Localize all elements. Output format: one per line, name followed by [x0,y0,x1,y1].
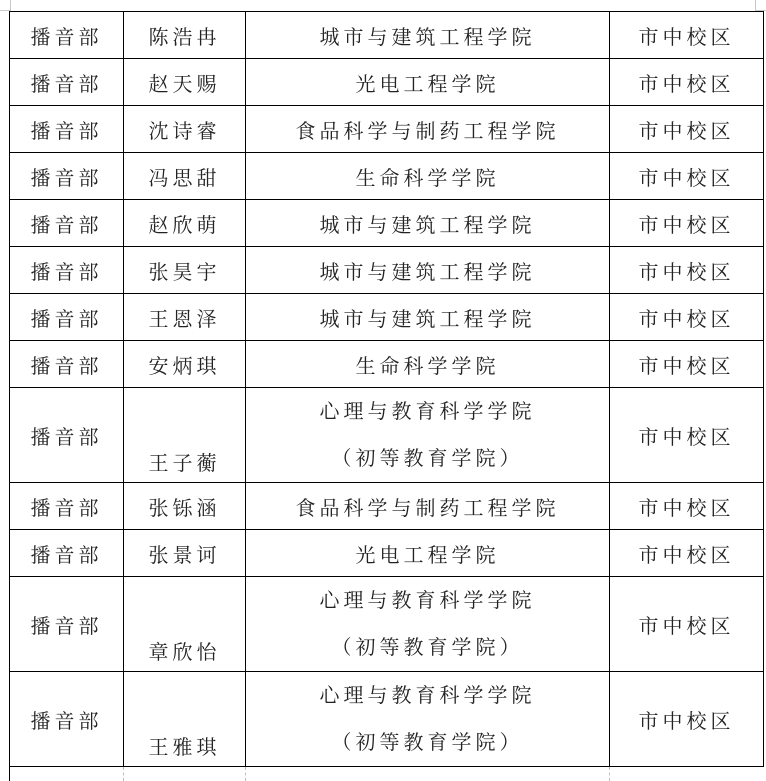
table-row: 播音部 王恩泽 城市与建筑工程学院 市中校区 [10,294,764,341]
name-text: 章欣怡 [124,636,245,671]
name-cell: 王恩泽 [124,294,246,341]
table-row: 播音部 赵欣萌 城市与建筑工程学院 市中校区 [10,200,764,247]
empty-cell [610,767,764,781]
college-line-2: （初等教育学院） [246,719,609,766]
campus-cell: 市中校区 [610,59,764,106]
name-text: 王子蘅 [124,447,245,482]
college-cell: 生命科学学院 [246,153,610,200]
department-cell: 播音部 [10,294,124,341]
name-cell: 张铄涵 [124,483,246,530]
name-text: 王雅琪 [124,731,245,766]
department-cell: 播音部 [10,672,124,767]
college-cell: 城市与建筑工程学院 [246,294,610,341]
table-row: 播音部 沈诗睿 食品科学与制药工程学院 市中校区 [10,106,764,153]
college-line-2: （初等教育学院） [246,624,609,671]
college-cell: 心理与教育科学学院 （初等教育学院） [246,577,610,672]
table-row: 播音部 张铄涵 食品科学与制药工程学院 市中校区 [10,483,764,530]
department-cell: 播音部 [10,341,124,388]
name-cell: 陈浩冉 [124,12,246,59]
name-cell: 赵欣萌 [124,200,246,247]
college-cell: 心理与教育科学学院 （初等教育学院） [246,388,610,483]
name-cell: 安炳琪 [124,341,246,388]
college-cell: 城市与建筑工程学院 [246,200,610,247]
table-row: 播音部 张景诃 光电工程学院 市中校区 [10,530,764,577]
campus-cell: 市中校区 [610,483,764,530]
campus-cell: 市中校区 [610,577,764,672]
department-cell: 播音部 [10,530,124,577]
department-cell: 播音部 [10,59,124,106]
table-row: 播音部 王雅琪 心理与教育科学学院 （初等教育学院） 市中校区 [10,672,764,767]
name-cell: 王子蘅 [124,388,246,483]
campus-cell: 市中校区 [610,200,764,247]
department-cell: 播音部 [10,12,124,59]
college-cell: 食品科学与制药工程学院 [246,483,610,530]
table-row: 播音部 王子蘅 心理与教育科学学院 （初等教育学院） 市中校区 [10,388,764,483]
campus-cell: 市中校区 [610,153,764,200]
name-cell: 沈诗睿 [124,106,246,153]
department-cell: 播音部 [10,200,124,247]
campus-cell: 市中校区 [610,247,764,294]
college-cell: 光电工程学院 [246,59,610,106]
name-cell: 赵天赐 [124,59,246,106]
college-cell: 城市与建筑工程学院 [246,12,610,59]
department-cell: 播音部 [10,106,124,153]
table-row-continuation [10,767,764,781]
college-line-2: （初等教育学院） [246,435,609,482]
member-roster-table: 播音部 陈浩冉 城市与建筑工程学院 市中校区 播音部 赵天赐 光电工程学院 市中… [9,11,764,781]
table-row: 播音部 章欣怡 心理与教育科学学院 （初等教育学院） 市中校区 [10,577,764,672]
college-cell: 食品科学与制药工程学院 [246,106,610,153]
name-cell: 章欣怡 [124,577,246,672]
campus-cell: 市中校区 [610,530,764,577]
department-cell: 播音部 [10,153,124,200]
department-cell: 播音部 [10,483,124,530]
table-row: 播音部 陈浩冉 城市与建筑工程学院 市中校区 [10,12,764,59]
empty-cell [10,767,124,781]
name-cell: 冯思甜 [124,153,246,200]
name-cell: 张昊宇 [124,247,246,294]
campus-cell: 市中校区 [610,341,764,388]
department-cell: 播音部 [10,388,124,483]
campus-cell: 市中校区 [610,106,764,153]
college-cell: 城市与建筑工程学院 [246,247,610,294]
campus-cell: 市中校区 [610,294,764,341]
empty-cell [246,767,610,781]
college-line-1: 心理与教育科学学院 [246,577,609,624]
college-line-1: 心理与教育科学学院 [246,672,609,719]
department-cell: 播音部 [10,247,124,294]
page-corner-mark-top-right [755,0,766,11]
college-cell: 生命科学学院 [246,341,610,388]
campus-cell: 市中校区 [610,672,764,767]
college-cell: 光电工程学院 [246,530,610,577]
table-row: 播音部 赵天赐 光电工程学院 市中校区 [10,59,764,106]
table-row: 播音部 冯思甜 生命科学学院 市中校区 [10,153,764,200]
name-cell: 王雅琪 [124,672,246,767]
campus-cell: 市中校区 [610,12,764,59]
college-cell: 心理与教育科学学院 （初等教育学院） [246,672,610,767]
page-corner-mark-top-left [0,0,11,11]
college-line-1: 心理与教育科学学院 [246,388,609,435]
empty-cell [124,767,246,781]
table-row: 播音部 张昊宇 城市与建筑工程学院 市中校区 [10,247,764,294]
table-row: 播音部 安炳琪 生命科学学院 市中校区 [10,341,764,388]
department-cell: 播音部 [10,577,124,672]
name-cell: 张景诃 [124,530,246,577]
campus-cell: 市中校区 [610,388,764,483]
